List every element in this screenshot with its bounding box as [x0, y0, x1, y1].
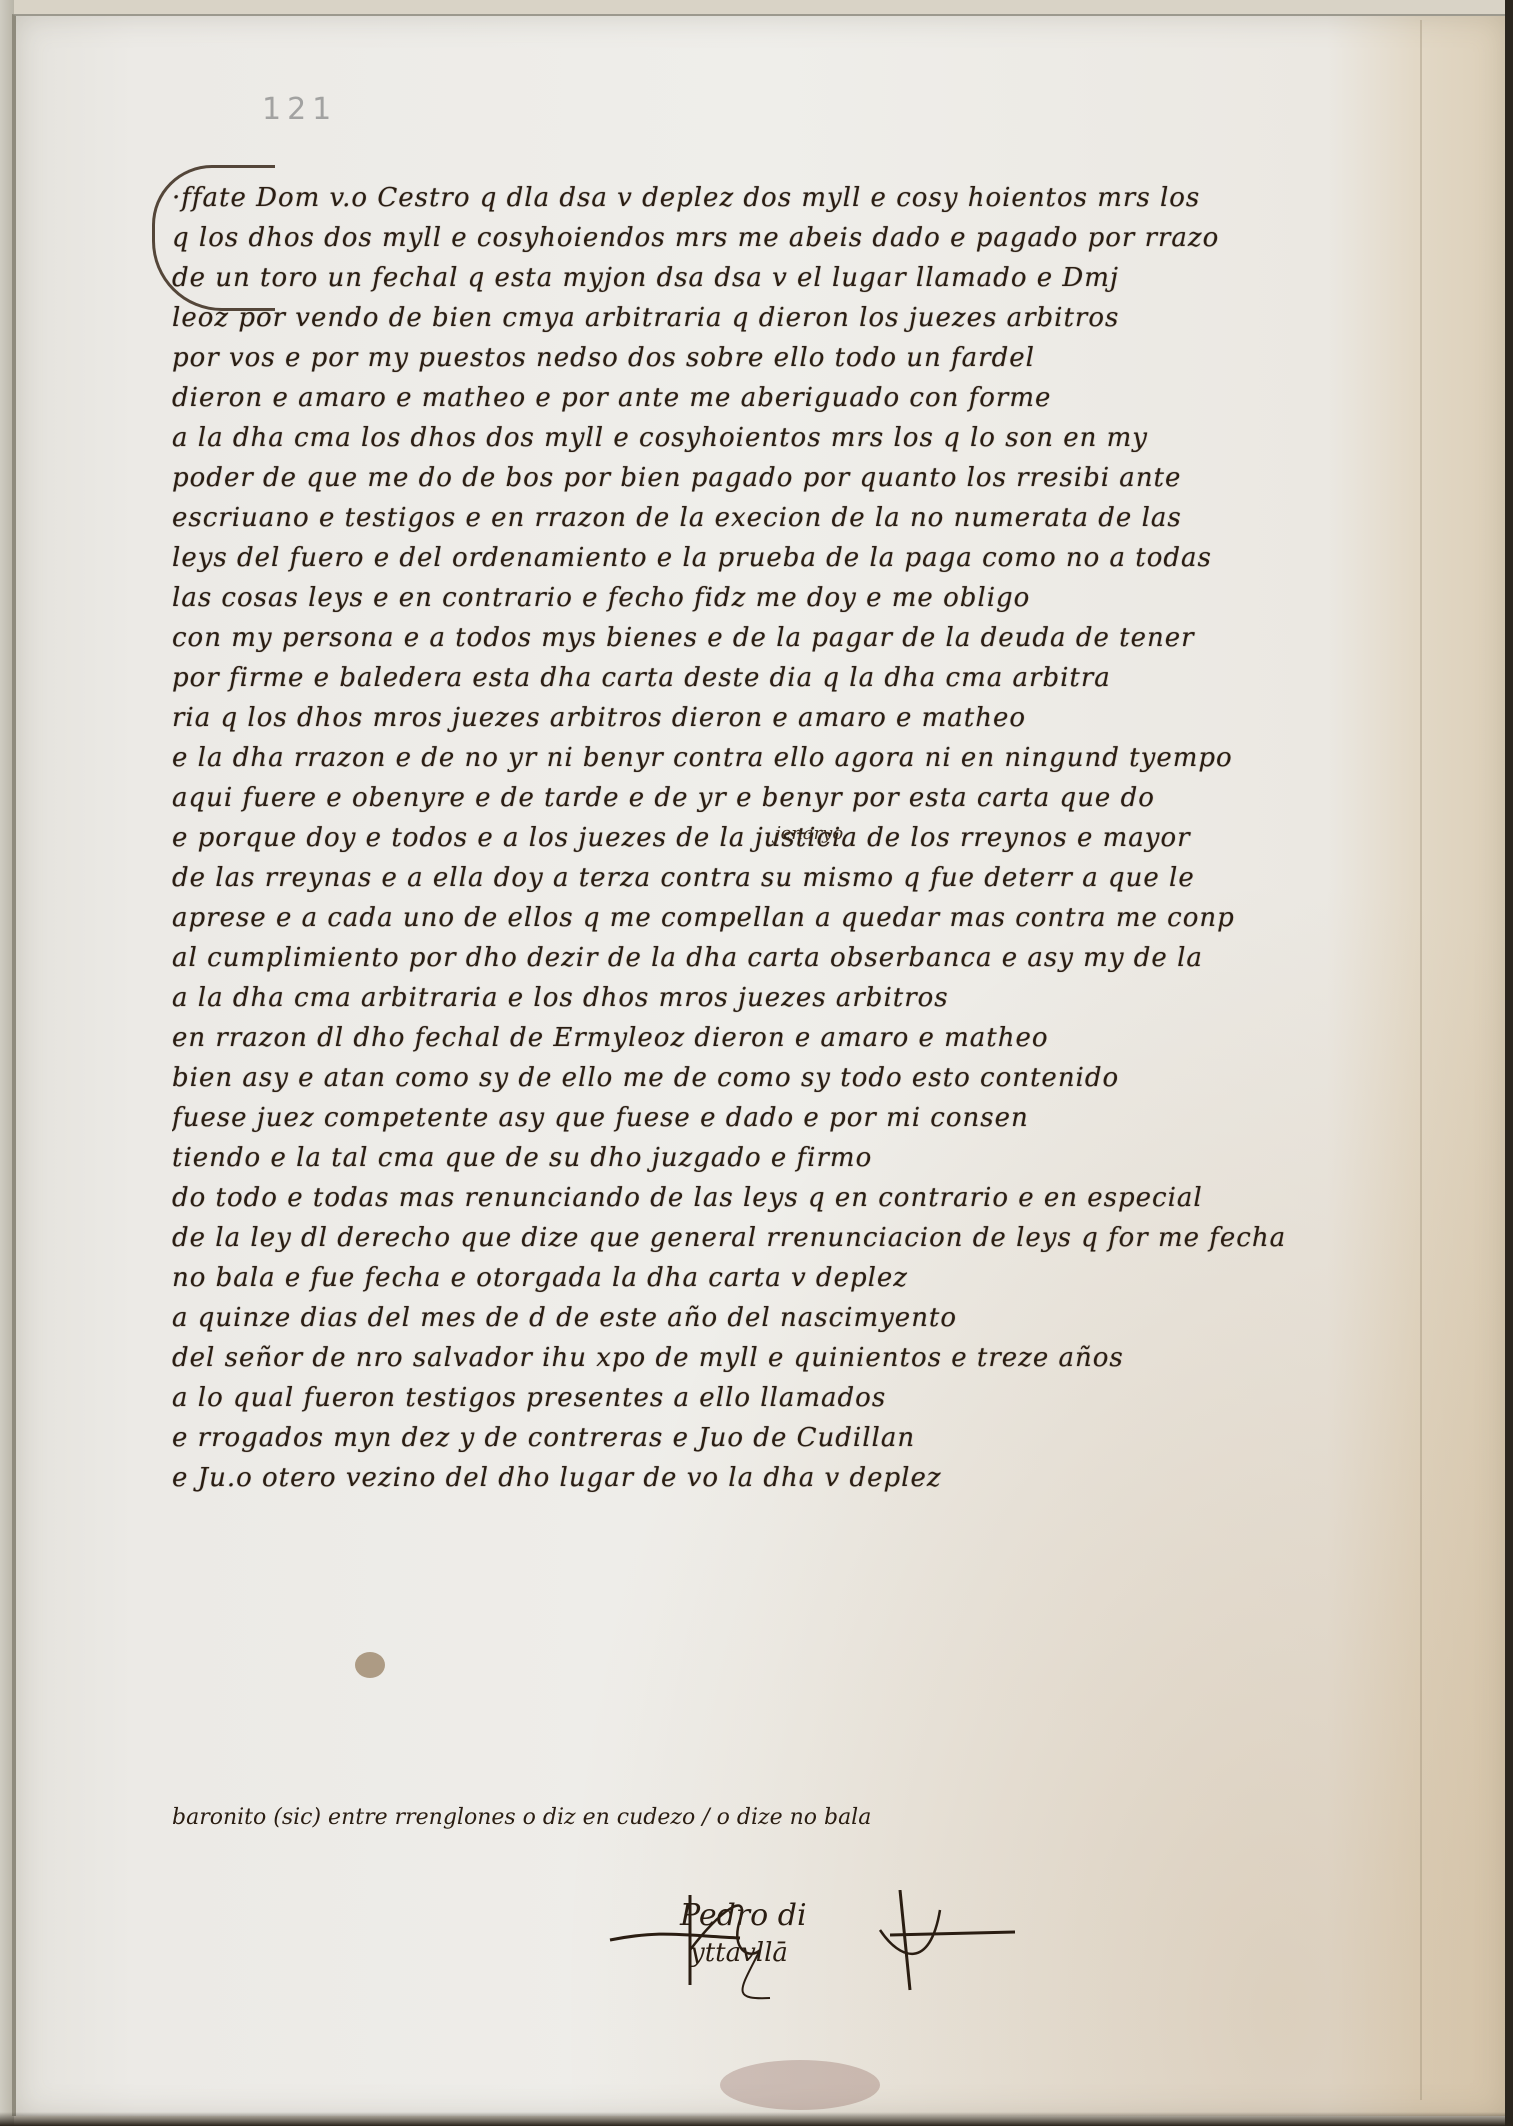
paper-stain — [720, 2060, 880, 2110]
text-line: a quinze dias del mes de d de este año d… — [172, 1298, 1382, 1338]
text-line: de un toro un fechal q esta myjon dsa ds… — [172, 258, 1382, 298]
text-line: ria q los dhos mros juezes arbitros dier… — [172, 698, 1382, 738]
text-line: las cosas leys e en contrario e fecho fi… — [172, 578, 1382, 618]
closing-note: baronito (sic) entre rrenglones o diz en… — [172, 1805, 871, 1830]
text-line: a lo qual fueron testigos presentes a el… — [172, 1378, 1382, 1418]
signature-name-line2: yttavllā — [690, 1938, 788, 1968]
signature: Pedro di yttavllā — [600, 1890, 1020, 2000]
text-line: escriuano e testigos e en rrazon de la e… — [172, 498, 1382, 538]
folio-number: 121 — [262, 92, 337, 127]
signature-flourish-icon — [600, 1890, 1020, 2000]
text-line: dieron e amaro e matheo e por ante me ab… — [172, 378, 1382, 418]
text-line: e la dha rrazon e de no yr ni benyr cont… — [172, 738, 1382, 778]
signature-name-line1: Pedro di — [680, 1898, 807, 1933]
text-line: do todo e todas mas renunciando de las l… — [172, 1178, 1382, 1218]
text-line: leoz por vendo de bien cmya arbitraria q… — [172, 298, 1382, 338]
text-line: por firme e baledera esta dha carta dest… — [172, 658, 1382, 698]
text-line: e Ju.o otero vezino del dho lugar de vo … — [172, 1458, 1382, 1498]
text-line: aqui fuere e obenyre e de tarde e de yr … — [172, 778, 1382, 818]
text-line: no bala e fue fecha e otorgada la dha ca… — [172, 1258, 1382, 1298]
text-line: ·ffate Dom v.o Cestro q dla dsa v deplez… — [172, 178, 1382, 218]
text-line: a la dha cma arbitraria e los dhos mros … — [172, 978, 1382, 1018]
text-line: por vos e por my puestos nedso dos sobre… — [172, 338, 1382, 378]
text-line: poder de que me do de bos por bien pagad… — [172, 458, 1382, 498]
text-line: e rrogados myn dez y de contreras e Juo … — [172, 1418, 1382, 1458]
text-line: de la ley dl derecho que dize que genera… — [172, 1218, 1382, 1258]
text-line: en rrazon dl dho fechal de Ermyleoz dier… — [172, 1018, 1382, 1058]
text-line: q los dhos dos myll e cosyhoiendos mrs m… — [172, 218, 1382, 258]
text-line: del señor de nro salvador ihu xpo de myl… — [172, 1338, 1382, 1378]
bottom-shadow — [0, 2112, 1513, 2126]
text-line: a la dha cma los dhos dos myll e cosyhoi… — [172, 418, 1382, 458]
text-line: fuese juez competente asy que fuese e da… — [172, 1098, 1382, 1138]
interlinear-insertion: jenaryo — [775, 823, 843, 844]
ink-stain — [355, 1652, 385, 1678]
text-line: de las rreynas e a ella doy a terza cont… — [172, 858, 1382, 898]
page-edge-line — [1420, 20, 1422, 2100]
text-line: bien asy e atan como sy de ello me de co… — [172, 1058, 1382, 1098]
text-line: con my persona e a todos mys bienes e de… — [172, 618, 1382, 658]
text-line: tiendo e la tal cma que de su dho juzgad… — [172, 1138, 1382, 1178]
text-line: aprese e a cada uno de ellos q me compel… — [172, 898, 1382, 938]
text-line: leys del fuero e del ordenamiento e la p… — [172, 538, 1382, 578]
binding-right-edge — [1505, 0, 1513, 2126]
text-line: al cumplimiento por dho dezir de la dha … — [172, 938, 1382, 978]
